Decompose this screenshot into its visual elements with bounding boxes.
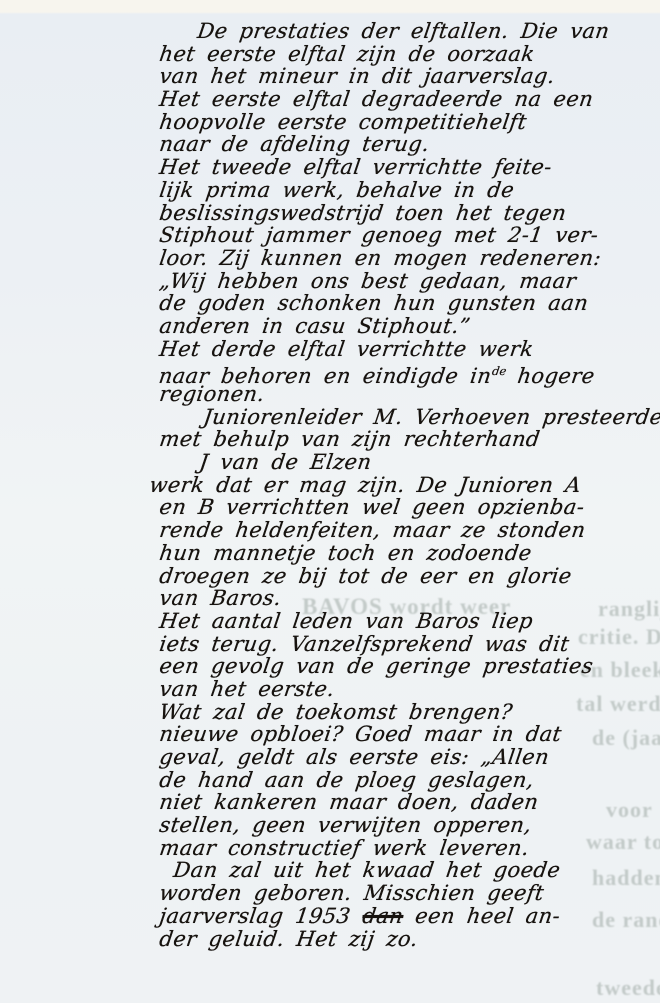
- handwritten-line: van Baros.: [158, 587, 660, 610]
- handwritten-line: rende heldenfeiten, maar ze stonden: [158, 519, 660, 542]
- handwritten-line: beslissingswedstrijd toen het tegen: [158, 202, 660, 225]
- handwritten-line: Het eerste elftal degradeerde na een: [158, 88, 660, 111]
- inserted-word: de: [491, 364, 507, 378]
- handwritten-line: geval, geldt als eerste eis: „Allen: [158, 746, 660, 769]
- handwritten-line: droegen ze bij tot de eer en glorie: [158, 565, 660, 588]
- handwritten-line: De prestaties der elftallen. Die van: [196, 20, 660, 43]
- handwritten-line: regionen.: [158, 383, 660, 406]
- handwritten-line: niet kankeren maar doen, daden: [158, 791, 660, 814]
- handwritten-line: de hand aan de ploeg geslagen,: [158, 769, 660, 792]
- handwritten-line: Stiphout jammer genoeg met 2-1 ver-: [158, 224, 660, 247]
- handwritten-line: anderen in casu Stiphout.”: [158, 315, 660, 338]
- scanned-handwritten-page: BAVOS wordt weerranglijcritie. Den bleek…: [0, 0, 660, 1003]
- handwritten-line: Dan zal uit het kwaad het goede: [172, 859, 660, 882]
- handwritten-line: van het eerste.: [158, 678, 660, 701]
- handwritten-line: maar constructief werk leveren.: [158, 837, 660, 860]
- handwritten-line: met behulp van zijn rechterhand: [158, 428, 660, 451]
- handwritten-line: de goden schonken hun gunsten aan: [158, 292, 660, 315]
- handwritten-line: en B verrichtten wel geen opzienba-: [158, 496, 660, 519]
- handwritten-line: iets terug. Vanzelfsprekend was dit: [158, 633, 660, 656]
- handwritten-line: hoopvolle eerste competitiehelft: [158, 111, 660, 134]
- handwritten-line: werk dat er mag zijn. De Junioren A: [148, 474, 660, 497]
- handwritten-line: het eerste elftal zijn de oorzaak: [158, 43, 660, 66]
- handwritten-line: Het derde elftal verrichtte werk: [158, 338, 660, 361]
- handwritten-line: der geluid. Het zij zo.: [158, 928, 660, 951]
- handwritten-line: „Wij hebben ons best gedaan, maar: [158, 270, 660, 293]
- handwritten-line: worden geboren. Misschien geeft: [158, 882, 660, 905]
- struck-word: dan: [361, 904, 405, 928]
- handwritten-line: stellen, geen verwijten opperen,: [158, 814, 660, 837]
- handwritten-line: Juniorenleider M. Verhoeven presteerde: [202, 406, 660, 429]
- handwritten-line: naar de afdeling terug.: [158, 133, 660, 156]
- handwritten-text-block: De prestaties der elftallen. Die vanhet …: [0, 20, 660, 950]
- handwritten-line: jaarverslag 1953 dan een heel an-: [158, 905, 660, 928]
- handwritten-line: loor. Zij kunnen en mogen redeneren:: [158, 247, 660, 270]
- handwritten-line: Het aantal leden van Baros liep: [158, 610, 660, 633]
- handwritten-line: naar behoren en eindigde inde hogere: [158, 360, 660, 383]
- handwritten-line: van het mineur in dit jaarverslag.: [158, 65, 660, 88]
- bleed-through-text: tweede: [596, 975, 660, 1001]
- handwritten-line: Wat zal de toekomst brengen?: [158, 701, 660, 724]
- handwritten-line: J van de Elzen: [198, 451, 660, 474]
- handwritten-line: lijk prima werk, behalve in de: [158, 179, 660, 202]
- handwritten-line: een gevolg van de geringe prestaties: [158, 655, 660, 678]
- handwritten-line: Het tweede elftal verrichtte feite-: [158, 156, 660, 179]
- handwritten-line: nieuwe opbloei? Goed maar in dat: [158, 723, 660, 746]
- handwritten-line: hun mannetje toch en zodoende: [158, 542, 660, 565]
